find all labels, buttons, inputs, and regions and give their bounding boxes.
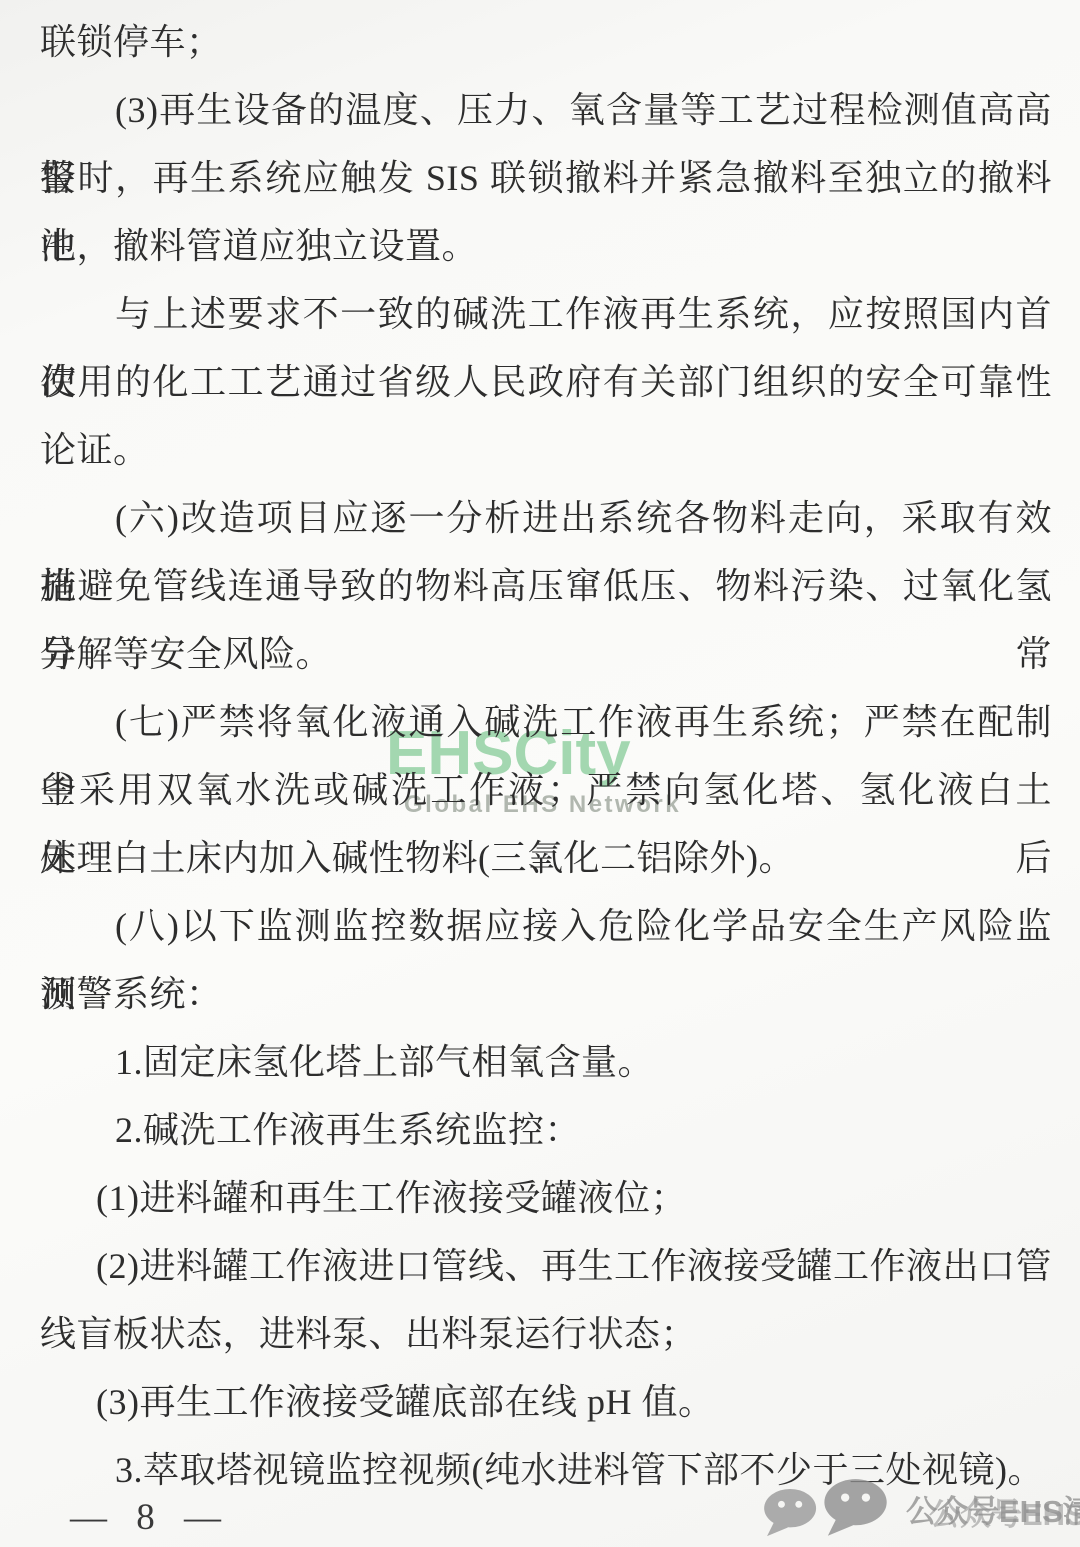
text-line: (六)改造项目应逐一分析进出系统各物料走向，采取有效措	[40, 484, 1052, 552]
text-line: 联锁停车；	[40, 8, 1052, 76]
text-line: 2.碱洗工作液再生系统监控：	[40, 1096, 1052, 1164]
document-body: 联锁停车； (3)再生设备的温度、压力、氧含量等工艺过程检测值高高报 警时，再生…	[40, 8, 1052, 1504]
text-line: (1)进料罐和再生工作液接受罐液位；	[40, 1164, 1052, 1232]
text-line: 1.固定床氢化塔上部气相氧含量。	[40, 1028, 1052, 1096]
text-line: 施避免管线连通导致的物料高压窜低压、物料污染、过氧化氢异常	[40, 552, 1052, 620]
wechat-watermark: 公众号EHS清安 公众号EHS清安	[756, 1476, 1080, 1542]
text-line: 论证。	[40, 416, 1052, 484]
text-line: (七)严禁将氧化液通入碱洗工作液再生系统；严禁在配制釜	[40, 688, 1052, 756]
text-line: 使用的化工工艺通过省级人民政府有关部门组织的安全可靠性	[40, 348, 1052, 416]
wechat-icon	[760, 1488, 826, 1538]
text-line: (八)以下监测监控数据应接入危险化学品安全生产风险监测	[40, 892, 1052, 960]
text-line: (3)再生设备的温度、压力、氧含量等工艺过程检测值高高报	[40, 76, 1052, 144]
text-line: 线盲板状态，进料泵、出料泵运行状态；	[40, 1300, 1052, 1368]
text-line: (3)再生工作液接受罐底部在线 pH 值。	[40, 1368, 1052, 1436]
text-line: 中，撤料管道应独立设置。	[40, 212, 1052, 280]
document-page: EHSCity Global EHS Network 联锁停车； (3)再生设备…	[0, 0, 1080, 1547]
text-line: 预警系统：	[40, 960, 1052, 1028]
text-line: 与上述要求不一致的碱洗工作液再生系统，应按照国内首次	[40, 280, 1052, 348]
wechat-icon	[818, 1478, 900, 1538]
page-number: — 8 —	[70, 1496, 223, 1539]
text-line: (2)进料罐工作液进口管线、再生工作液接受罐工作液出口管	[40, 1232, 1052, 1300]
text-line: 中采用双氧水洗或碱洗工作液；严禁向氢化塔、氢化液白土床、后	[40, 756, 1052, 824]
text-line: 警时，再生系统应触发 SIS 联锁撤料并紧急撤料至独立的撤料池	[40, 144, 1052, 212]
wechat-account-label-ghost: 公众号EHS清安	[929, 1489, 1080, 1534]
